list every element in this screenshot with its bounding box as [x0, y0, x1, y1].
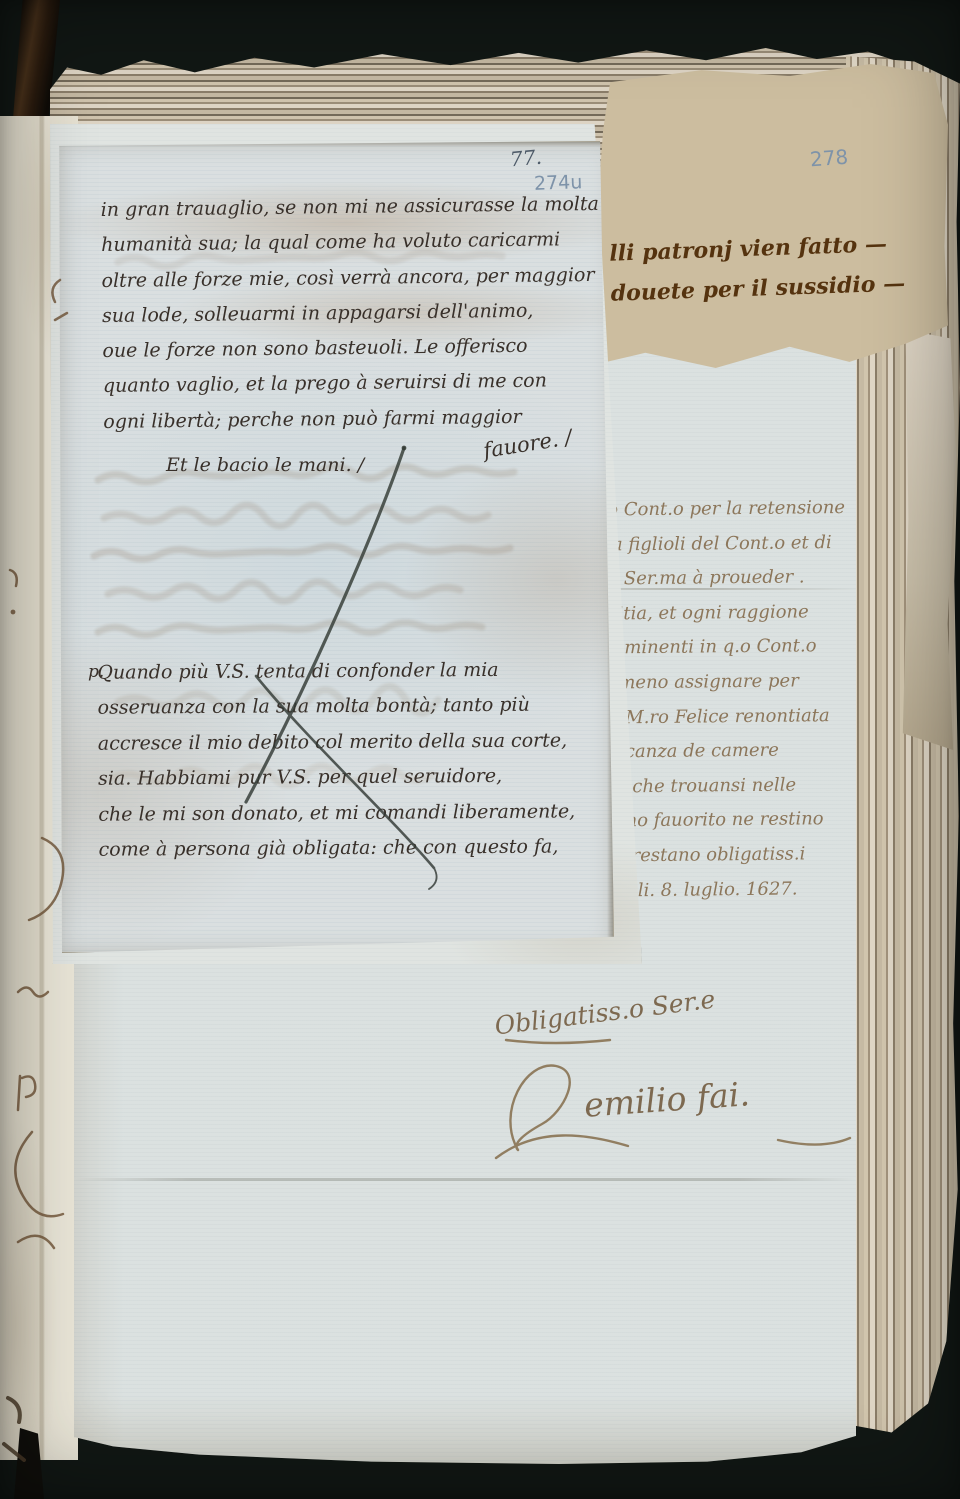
margin-ink-marks — [0, 240, 78, 1499]
letter-line: uacanza de camere — [602, 733, 892, 771]
right-page-letter-text: to Cont.o per la retensioneda figlioli d… — [600, 490, 894, 908]
signature-block: Obligatiss.o Ser.e emilio fai. — [478, 982, 868, 1192]
letter-line: to Cont.o per la retensione — [600, 490, 890, 528]
header-annotations: lli patronj vien fatto —douete per il su… — [609, 222, 942, 313]
letter-line: da figlioli del Cont.o et di — [600, 525, 890, 563]
letter-line: ità che trouansi nelle — [603, 767, 893, 805]
mounted-letter-sheet: 77. 274u in gran trauaglio, se non mi ne… — [57, 141, 614, 953]
letter-line: anno fauorito ne restino — [603, 802, 893, 840]
letter-line: imminenti in q.o Cont.o — [601, 629, 891, 667]
foliation-number-278: 278 — [809, 145, 849, 172]
letter-line: stitia, et ogni raggione — [601, 594, 891, 632]
letter-line: S. Ser.ma à proueder . — [601, 560, 891, 598]
letter-line: nè restano obligatiss.i — [603, 836, 893, 874]
letter-line: almeno assignare per — [602, 663, 892, 701]
torn-page-flap — [900, 330, 956, 750]
tan-page-fragment: 278 lli patronj vien fatto —douete per i… — [596, 64, 948, 368]
manuscript-photo: 276 to Cont.o per la retensioneda figlio… — [0, 0, 960, 1499]
letter-line: uia li. 8. luglio. 1627. — [604, 871, 894, 909]
diagonal-ink-strokes — [58, 142, 615, 954]
letter-line: S. M.ro Felice renontiata — [602, 698, 892, 736]
